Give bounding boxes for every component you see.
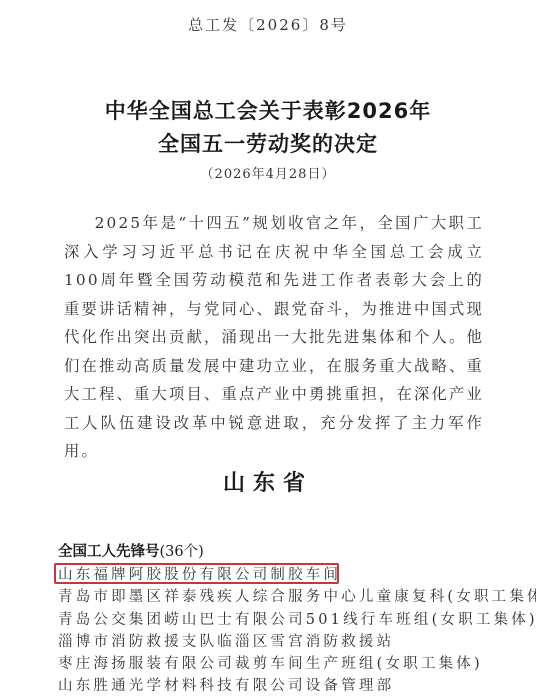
document-date: （2026年4月28日）: [0, 163, 536, 182]
body-paragraph: 2025年是“十四五”规划收官之年，全国广大职工深入学习习近平总书记在庆祝中华全…: [64, 209, 484, 466]
list-item: 枣庄海扬服装有限公司裁剪车间生产班组(女职工集体): [58, 653, 536, 675]
category-heading: 全国工人先锋号(36个): [58, 540, 204, 561]
document-title-line2: 全国五一劳动奖的决定: [0, 128, 536, 158]
list-item: 山东胜通光学材料科技有限公司设备管理部: [58, 675, 536, 697]
category-label: 全国工人先锋号: [58, 544, 160, 560]
province-heading: 山东省: [0, 466, 536, 497]
list-item: 青岛公交集团崂山巴士有限公司501线行车班组(女职工集体): [58, 609, 536, 631]
highlight-box: [54, 563, 339, 584]
document-title-line1: 中华全国总工会关于表彰2026年: [0, 95, 536, 125]
list-item: 青岛市即墨区祥泰残疾人综合服务中心儿童康复科(女职工集体): [58, 586, 536, 608]
category-count: (36个): [160, 544, 204, 560]
list-item: 淄博市消防救援支队临淄区雪宫消防救援站: [58, 631, 536, 653]
document-number: 总工发〔2026〕8号: [0, 14, 536, 35]
honoree-list: 山东福牌阿胶股份有限公司制胶车间 青岛市即墨区祥泰残疾人综合服务中心儿童康复科(…: [58, 564, 536, 698]
